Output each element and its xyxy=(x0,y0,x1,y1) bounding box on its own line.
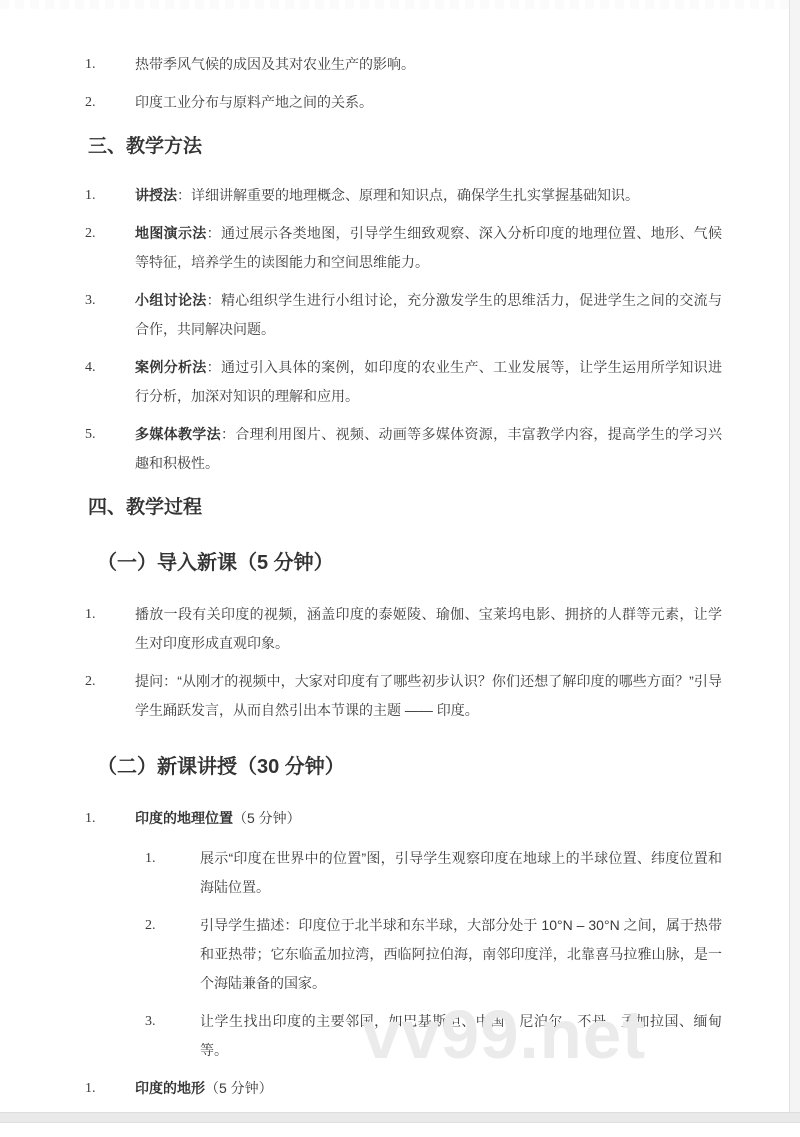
document-content: 1. 热带季风气候的成因及其对农业生产的影响。 2. 印度工业分布与原料产地之间… xyxy=(0,0,800,1103)
watermark-text: vv99.net xyxy=(362,995,646,1074)
list-item-number: 2. xyxy=(85,667,135,725)
list-item: 5. 多媒体教学法：合理利用图片、视频、动画等多媒体资源，丰富教学内容，提高学生… xyxy=(85,420,722,478)
method-term: 讲授法 xyxy=(135,187,177,203)
list-item-text: 案例分析法：通过引入具体的案例，如印度的农业生产、工业发展等，让学生运用所学知识… xyxy=(135,353,722,411)
subsection-heading-teaching: （二）新课讲授（30 分钟） xyxy=(97,754,800,781)
method-description: ：通过展示各类地图，引导学生细致观察、深入分析印度的地理位置、地形、气候等特征，… xyxy=(135,225,722,270)
list-item-number: 5. xyxy=(85,420,135,478)
list-item-number: 3. xyxy=(85,286,135,344)
list-item-number: 3. xyxy=(145,1007,200,1065)
list-item-text: 热带季风气候的成因及其对农业生产的影响。 xyxy=(135,50,722,79)
list-item-number: 2. xyxy=(85,88,135,117)
list-item: 2. 地图演示法：通过展示各类地图，引导学生细致观察、深入分析印度的地理位置、地… xyxy=(85,219,722,277)
method-description: ：精心组织学生进行小组讨论，充分激发学生的思维活力，促进学生之间的交流与合作，共… xyxy=(135,292,722,337)
nested-list-item: 2. 引导学生描述：印度位于北半球和东半球，大部分处于 10°N – 30°N … xyxy=(145,911,722,998)
method-description: ：合理利用图片、视频、动画等多媒体资源，丰富教学内容，提高学生的学习兴趣和积极性… xyxy=(135,426,722,471)
list-item-number: 2. xyxy=(85,219,135,277)
page-right-margin xyxy=(790,0,800,1112)
list-item: 1. 播放一段有关印度的视频，涵盖印度的泰姬陵、瑜伽、宝莱坞电影、拥挤的人群等元… xyxy=(85,600,722,658)
list-item-number: 1. xyxy=(85,1074,135,1103)
topic-title: 印度的地理位置（5 分钟） xyxy=(135,804,722,833)
list-item-text: 小组讨论法：精心组织学生进行小组讨论，充分激发学生的思维活力，促进学生之间的交流… xyxy=(135,286,722,344)
topic-term: 印度的地形 xyxy=(135,1080,205,1096)
list-item-text: 印度工业分布与原料产地之间的关系。 xyxy=(135,88,722,117)
list-item-text: 引导学生描述：印度位于北半球和东半球，大部分处于 10°N – 30°N 之间，… xyxy=(200,911,722,998)
method-description: ：详细讲解重要的地理概念、原理和知识点，确保学生扎实掌握基础知识。 xyxy=(177,187,639,203)
topic-duration: （5 分钟） xyxy=(233,810,301,826)
list-item: 4. 案例分析法：通过引入具体的案例，如印度的农业生产、工业发展等，让学生运用所… xyxy=(85,353,722,411)
list-item-text: 多媒体教学法：合理利用图片、视频、动画等多媒体资源，丰富教学内容，提高学生的学习… xyxy=(135,420,722,478)
list-item: 2. 印度工业分布与原料产地之间的关系。 xyxy=(85,88,722,117)
list-item: 2. 提问：“从刚才的视频中，大家对印度有了哪些初步认识？你们还想了解印度的哪些… xyxy=(85,667,722,725)
nested-list-item: 1. 展示“印度在世界中的位置”图，引导学生观察印度在地球上的半球位置、纬度位置… xyxy=(145,844,722,902)
method-term: 多媒体教学法 xyxy=(135,426,221,442)
topic-title: 印度的地形（5 分钟） xyxy=(135,1074,722,1103)
method-term: 地图演示法 xyxy=(135,225,207,241)
document-page: 1. 热带季风气候的成因及其对农业生产的影响。 2. 印度工业分布与原料产地之间… xyxy=(0,0,800,1137)
page-separator-band xyxy=(0,1112,800,1123)
list-item-number: 1. xyxy=(85,804,135,833)
method-description: ：通过引入具体的案例，如印度的农业生产、工业发展等，让学生运用所学知识进行分析，… xyxy=(135,359,722,404)
list-item: 3. 小组讨论法：精心组织学生进行小组讨论，充分激发学生的思维活力，促进学生之间… xyxy=(85,286,722,344)
topic-item: 1. 印度的地理位置（5 分钟） xyxy=(85,804,722,833)
list-item-number: 4. xyxy=(85,353,135,411)
list-item-text: 讲授法：详细讲解重要的地理概念、原理和知识点，确保学生扎实掌握基础知识。 xyxy=(135,181,722,210)
list-item-number: 1. xyxy=(85,50,135,79)
list-item-text: 地图演示法：通过展示各类地图，引导学生细致观察、深入分析印度的地理位置、地形、气… xyxy=(135,219,722,277)
list-item-text: 播放一段有关印度的视频，涵盖印度的泰姬陵、瑜伽、宝莱坞电影、拥挤的人群等元素，让… xyxy=(135,600,722,658)
list-item-text: 展示“印度在世界中的位置”图，引导学生观察印度在地球上的半球位置、纬度位置和海陆… xyxy=(200,844,722,902)
list-item: 1. 讲授法：详细讲解重要的地理概念、原理和知识点，确保学生扎实掌握基础知识。 xyxy=(85,181,722,210)
section-heading-process: 四、教学过程 xyxy=(88,495,800,521)
topic-duration: （5 分钟） xyxy=(205,1080,273,1096)
method-term: 案例分析法 xyxy=(135,359,207,375)
list-item-number: 1. xyxy=(85,600,135,658)
list-item-number: 1. xyxy=(85,181,135,210)
section-heading-methods: 三、教学方法 xyxy=(88,134,800,160)
list-item-text: 提问：“从刚才的视频中，大家对印度有了哪些初步认识？你们还想了解印度的哪些方面？… xyxy=(135,667,722,725)
list-item-number: 2. xyxy=(145,911,200,998)
subsection-heading-intro: （一）导入新课（5 分钟） xyxy=(97,550,800,577)
list-item-number: 1. xyxy=(145,844,200,902)
topic-item: 1. 印度的地形（5 分钟） xyxy=(85,1074,722,1103)
topic-term: 印度的地理位置 xyxy=(135,810,233,826)
list-item: 1. 热带季风气候的成因及其对农业生产的影响。 xyxy=(85,50,722,79)
method-term: 小组讨论法 xyxy=(135,292,207,308)
